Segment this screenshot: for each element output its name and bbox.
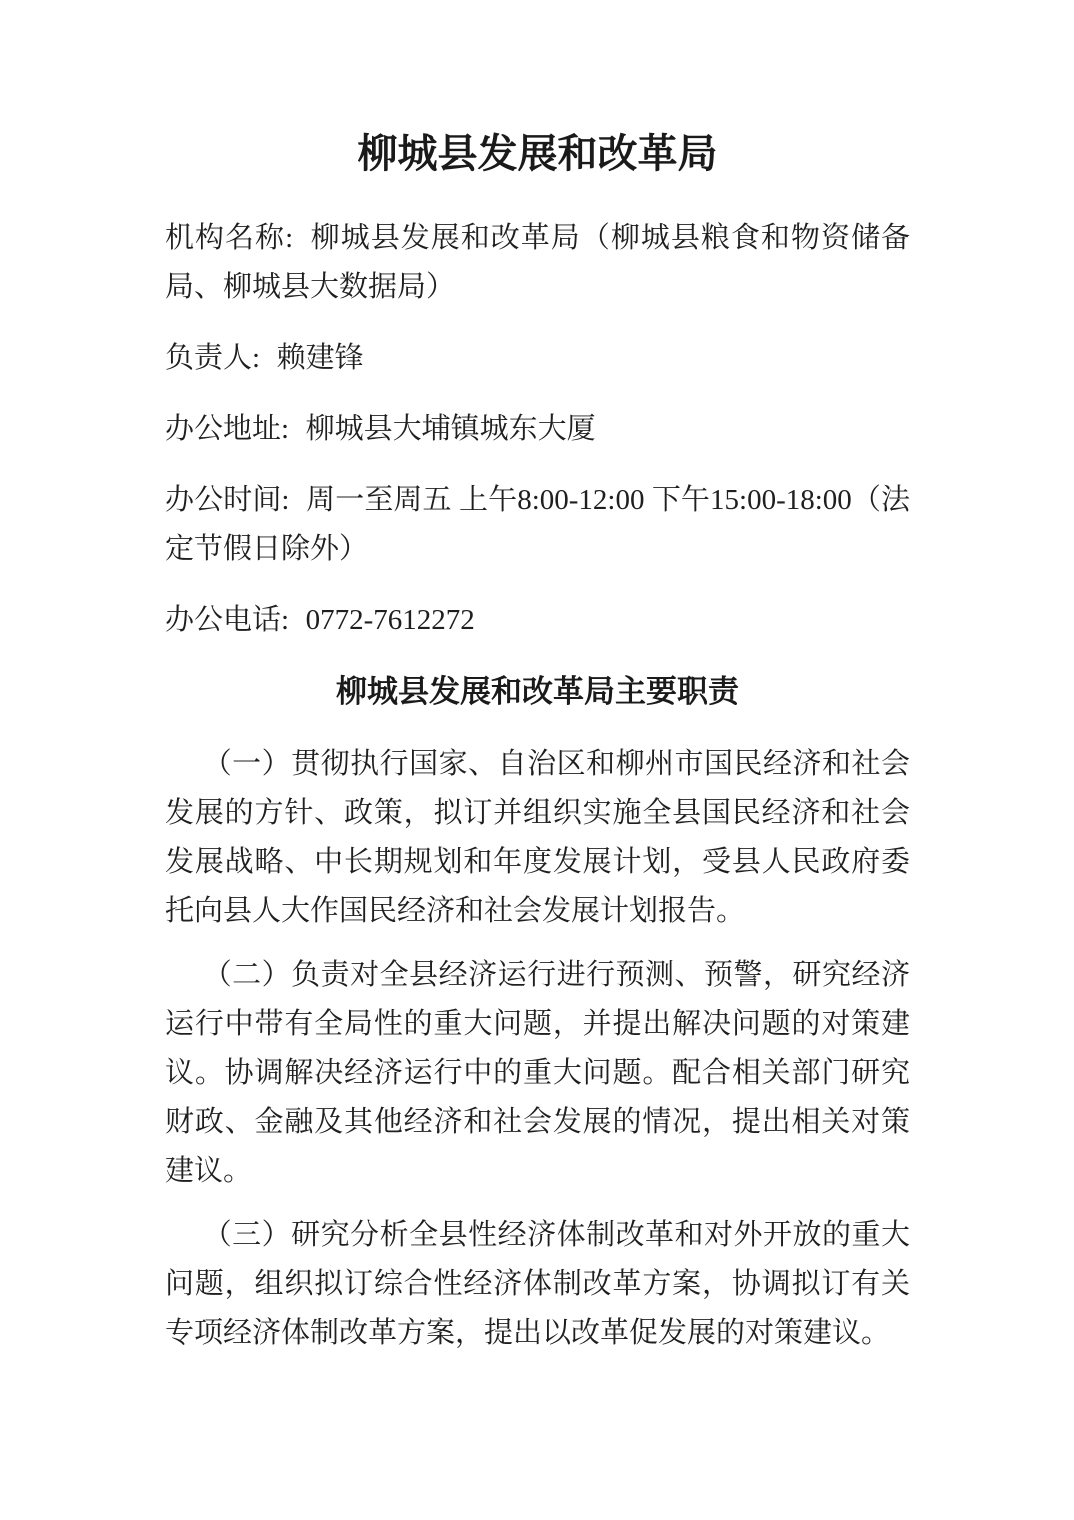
person-in-charge-label: 负责人: [165, 342, 260, 374]
office-hours-label: 办公时间: [165, 484, 289, 516]
office-phone-value: 0772-7612272 [306, 604, 475, 636]
person-in-charge-value: 赖建锋 [277, 342, 364, 374]
info-line-person-in-charge: 负责人: 赖建锋 [165, 334, 910, 383]
office-address-value: 柳城县大埔镇城东大厦 [306, 413, 596, 445]
duty-paragraph-1: （一）贯彻执行国家、自治区和柳州市国民经济和社会发展的方针、政策，拟订并组织实施… [165, 740, 910, 936]
page-title: 柳城县发展和改革局 [165, 130, 910, 178]
office-phone-label: 办公电话: [165, 604, 289, 636]
info-line-office-address: 办公地址: 柳城县大埔镇城东大厦 [165, 405, 910, 454]
info-line-office-phone: 办公电话: 0772-7612272 [165, 596, 910, 645]
office-address-label: 办公地址: [165, 413, 289, 445]
duty-paragraph-3: （三）研究分析全县性经济体制改革和对外开放的重大问题，组织拟订综合性经济体制改革… [165, 1211, 910, 1358]
agency-name-label: 机构名称: [165, 222, 293, 254]
info-line-agency-name: 机构名称: 柳城县发展和改革局（柳城县粮食和物资储备局、柳城县大数据局） [165, 214, 910, 312]
info-line-office-hours: 办公时间: 周一至周五 上午8:00-12:00 下午15:00-18:00（法… [165, 476, 910, 574]
section-title-main-duties: 柳城县发展和改革局主要职责 [165, 667, 910, 716]
duty-paragraph-2: （二）负责对全县经济运行进行预测、预警，研究经济运行中带有全局性的重大问题，并提… [165, 951, 910, 1196]
document-page: 柳城县发展和改革局 机构名称: 柳城县发展和改革局（柳城县粮食和物资储备局、柳城… [0, 0, 1074, 1520]
